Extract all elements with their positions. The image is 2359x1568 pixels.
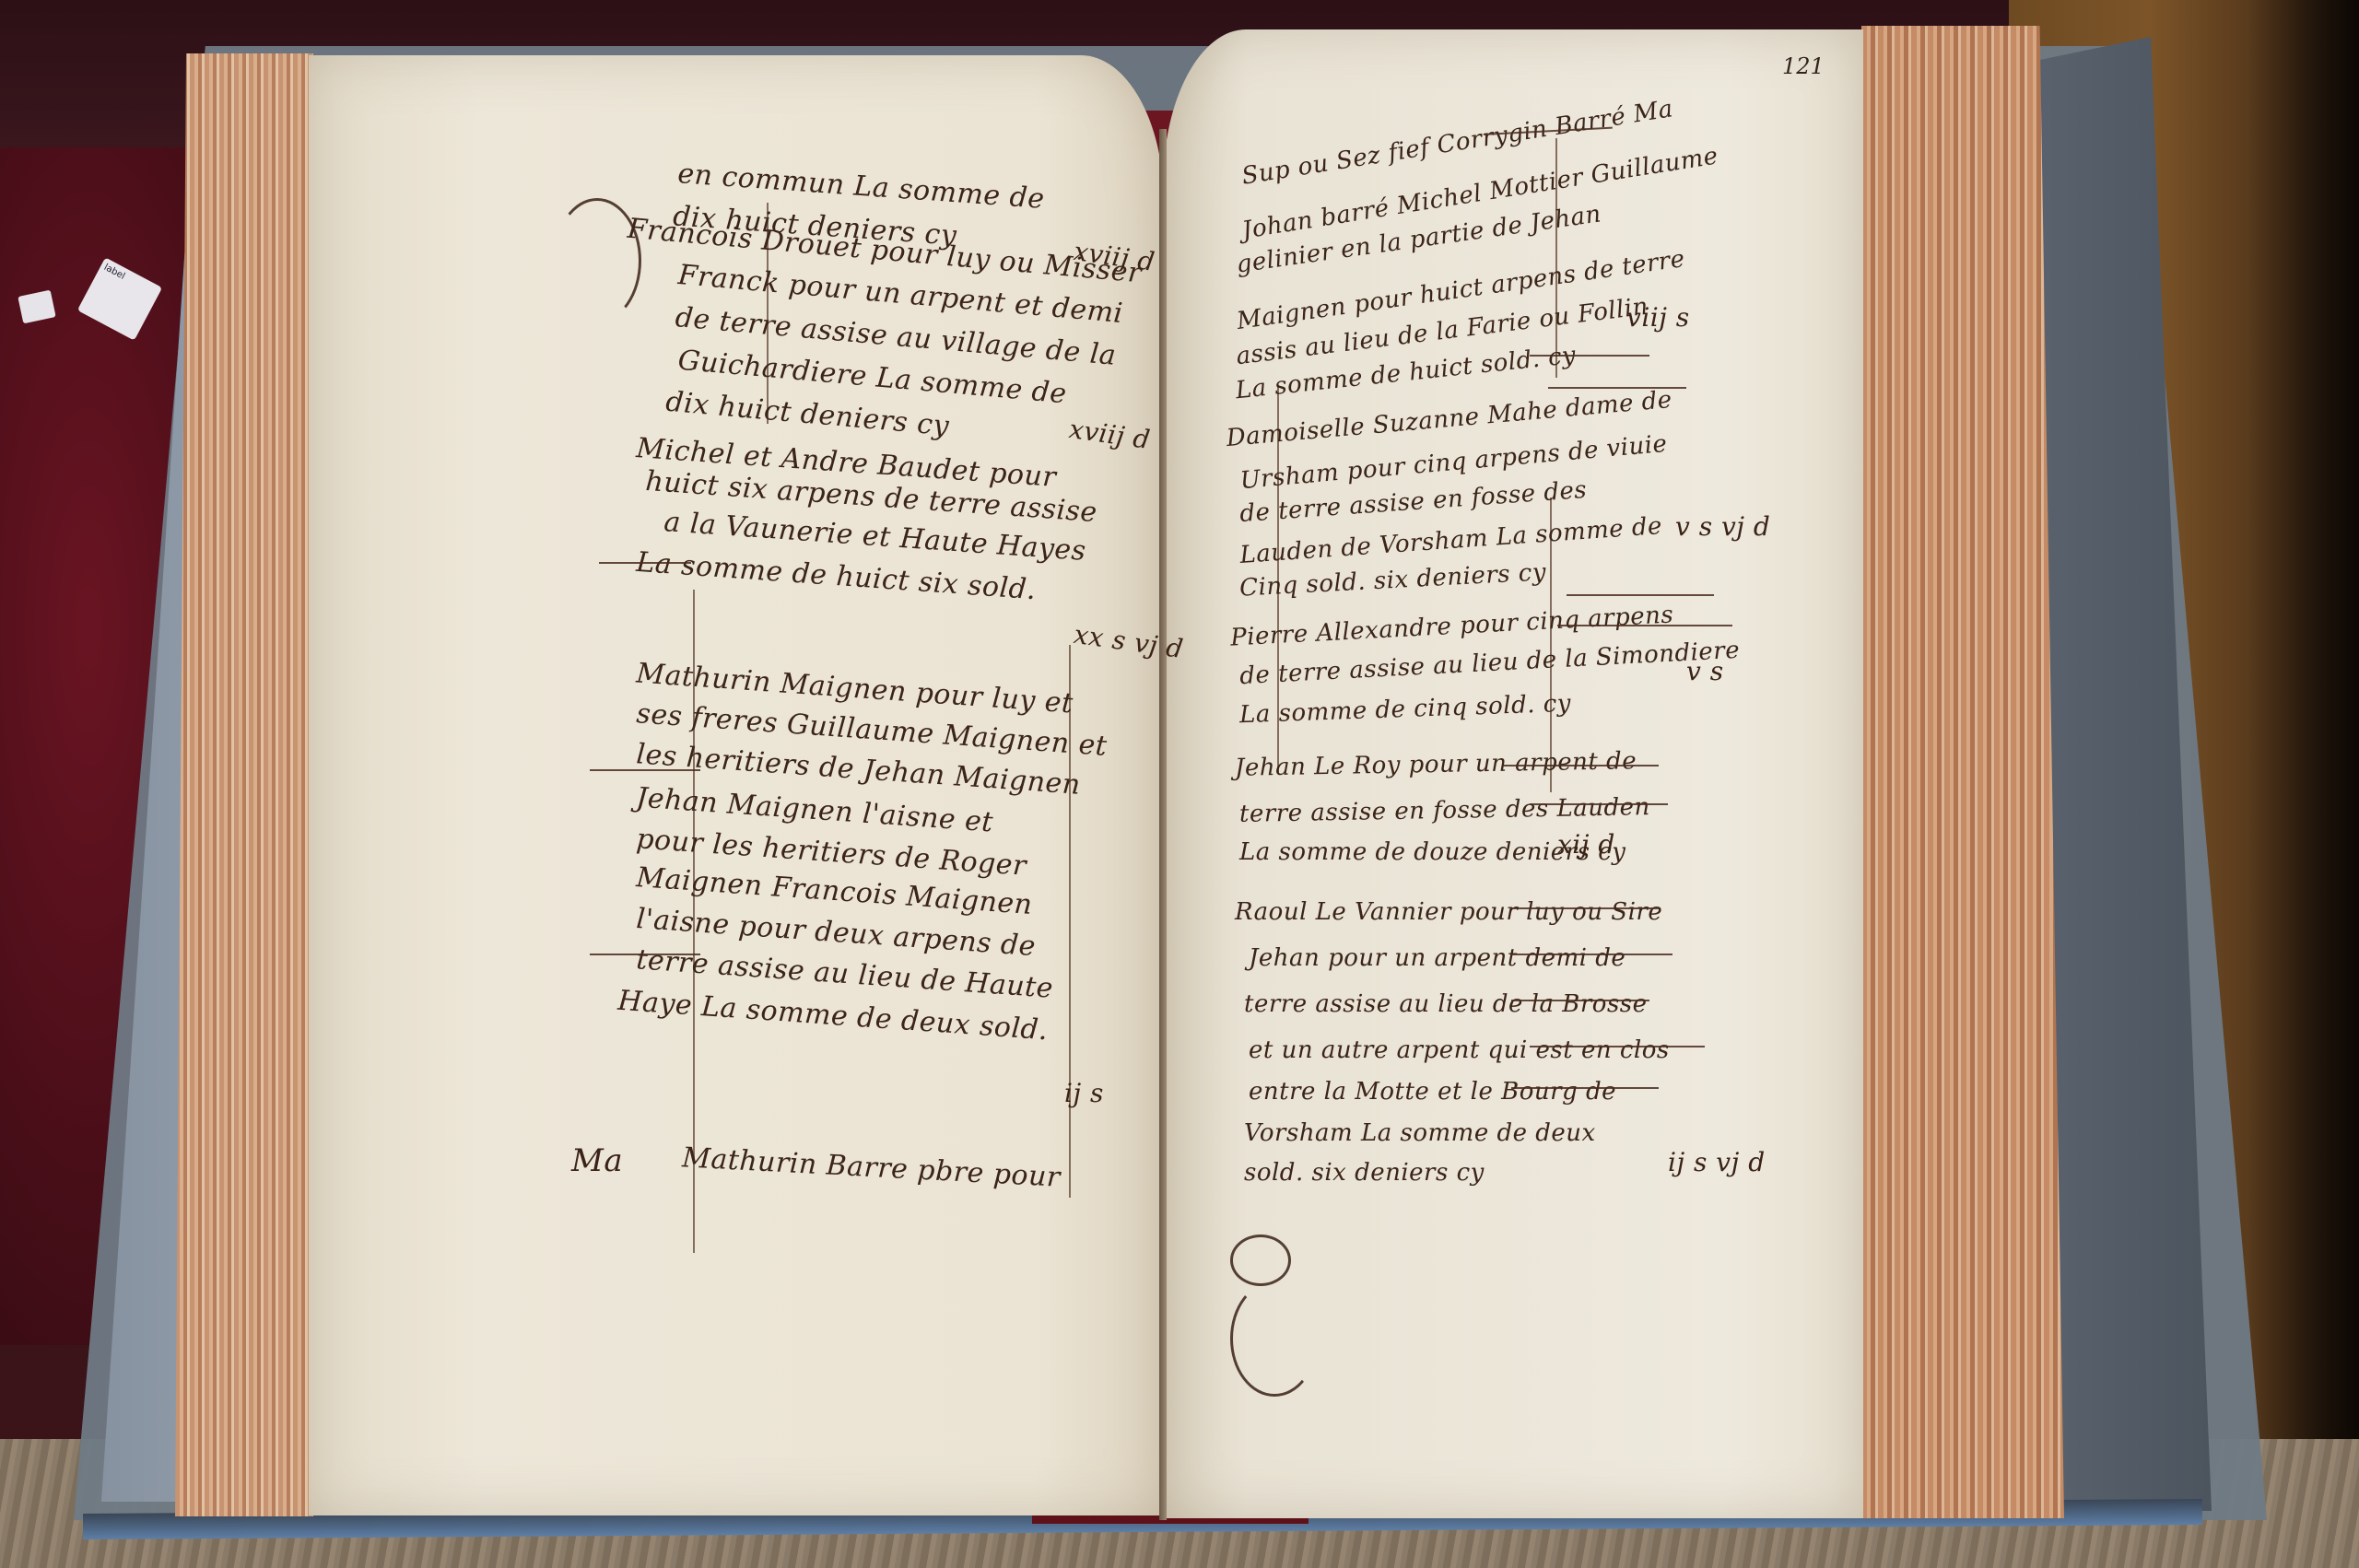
ruled-line — [1511, 907, 1659, 909]
signature-flourish — [1230, 1281, 1319, 1397]
amount: viij s — [1626, 302, 1690, 333]
right-fore-edge — [1861, 26, 2064, 1518]
ruled-line — [1557, 625, 1732, 626]
ruled-line — [599, 562, 691, 564]
left-fore-edge — [175, 53, 313, 1516]
ruled-line — [590, 769, 700, 771]
amount: v s vj d — [1675, 511, 1770, 542]
margin-initial: Ma — [571, 1142, 623, 1179]
signature-paraph — [1230, 1235, 1291, 1286]
book-gutter — [1159, 129, 1167, 1520]
entry-line: et un autre arpent qui est en clos — [1249, 1036, 1670, 1064]
ruled-line — [1511, 1000, 1649, 1001]
entry-line: entre la Motte et le Bourg de — [1249, 1078, 1616, 1106]
entry-line: sold. six deniers cy — [1244, 1159, 1485, 1187]
ruled-line — [1567, 594, 1714, 596]
entry-line: Raoul Le Vannier pour luy ou Sire — [1235, 898, 1662, 926]
entry-line: terre assise au lieu de la Brosse — [1244, 990, 1648, 1018]
ruled-line — [1530, 803, 1668, 805]
folio-number: 121 — [1782, 53, 1825, 79]
ruled-line — [1511, 954, 1672, 955]
entry-line: Vorsham La somme de deux — [1244, 1119, 1596, 1147]
ruled-line — [590, 954, 700, 955]
photo-scene: label 121 en commun La somme de dix huic… — [0, 0, 2359, 1568]
ruled-line — [1511, 1087, 1659, 1089]
amount: ij s vj d — [1668, 1147, 1766, 1177]
ruled-line — [1548, 387, 1686, 389]
amount: v s — [1686, 656, 1724, 686]
ruled-line — [1530, 355, 1649, 357]
amount: xij d — [1557, 829, 1615, 860]
amount: ij s — [1064, 1078, 1104, 1108]
ruled-line — [1502, 765, 1659, 766]
entry-line: Jehan pour un arpent demi de — [1249, 944, 1625, 972]
ruled-line — [1530, 1046, 1705, 1047]
